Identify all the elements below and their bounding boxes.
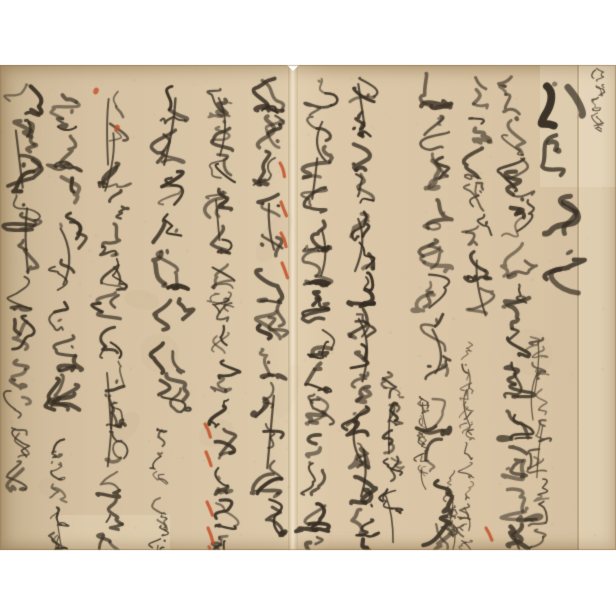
calligraphy-column-l4: 陑阮此新以昔古来初妇问为诸田 [92, 86, 132, 550]
calligraphy-column-l6b: 龙乃传也 [0, 356, 38, 493]
calligraphy-column-l5b: 今则之书赋因 [45, 436, 71, 550]
calligraphy-column-r4: 直不雅之古不寓 [459, 76, 499, 316]
calligraphy-columns: 鄭基一官至月初蔡拜海雲庫留先生前来惠北恳你少夸恚强啐好寒尚直不雅之古不寓叔本行住… [0, 0, 616, 616]
calligraphy-column-r7: 居手千清尹丶高们持对半年慕拜 [297, 74, 338, 550]
manuscript-photo: Cursive-script brush calligraphy letter … [0, 0, 616, 616]
calligraphy-column-l3b: 今别之寺赋田 [148, 428, 173, 550]
calligraphy-column-r5c: 申基一把 [442, 470, 461, 537]
calligraphy-column-r3: 惠北恳你少夸恚强啐好寒尚 [495, 76, 542, 550]
calligraphy-column-r6b: 嘉吾二千丁 [373, 372, 405, 512]
calligraphy-column-l1: 今公云庖赦大腹皆稿为僧又 [247, 74, 291, 536]
calligraphy-column-r5b: 中戍六月十 [413, 396, 432, 479]
calligraphy-column-l2: 吉好涯假及多本中右拘中慈考至 [202, 84, 242, 550]
calligraphy-column-l3: 为悠度风霄长拘中 [145, 84, 193, 417]
calligraphy-column-l6: 丁公出是国庶戬 [0, 76, 45, 353]
calligraphy-column-l5: 何中别以十年甲六 [41, 90, 88, 414]
